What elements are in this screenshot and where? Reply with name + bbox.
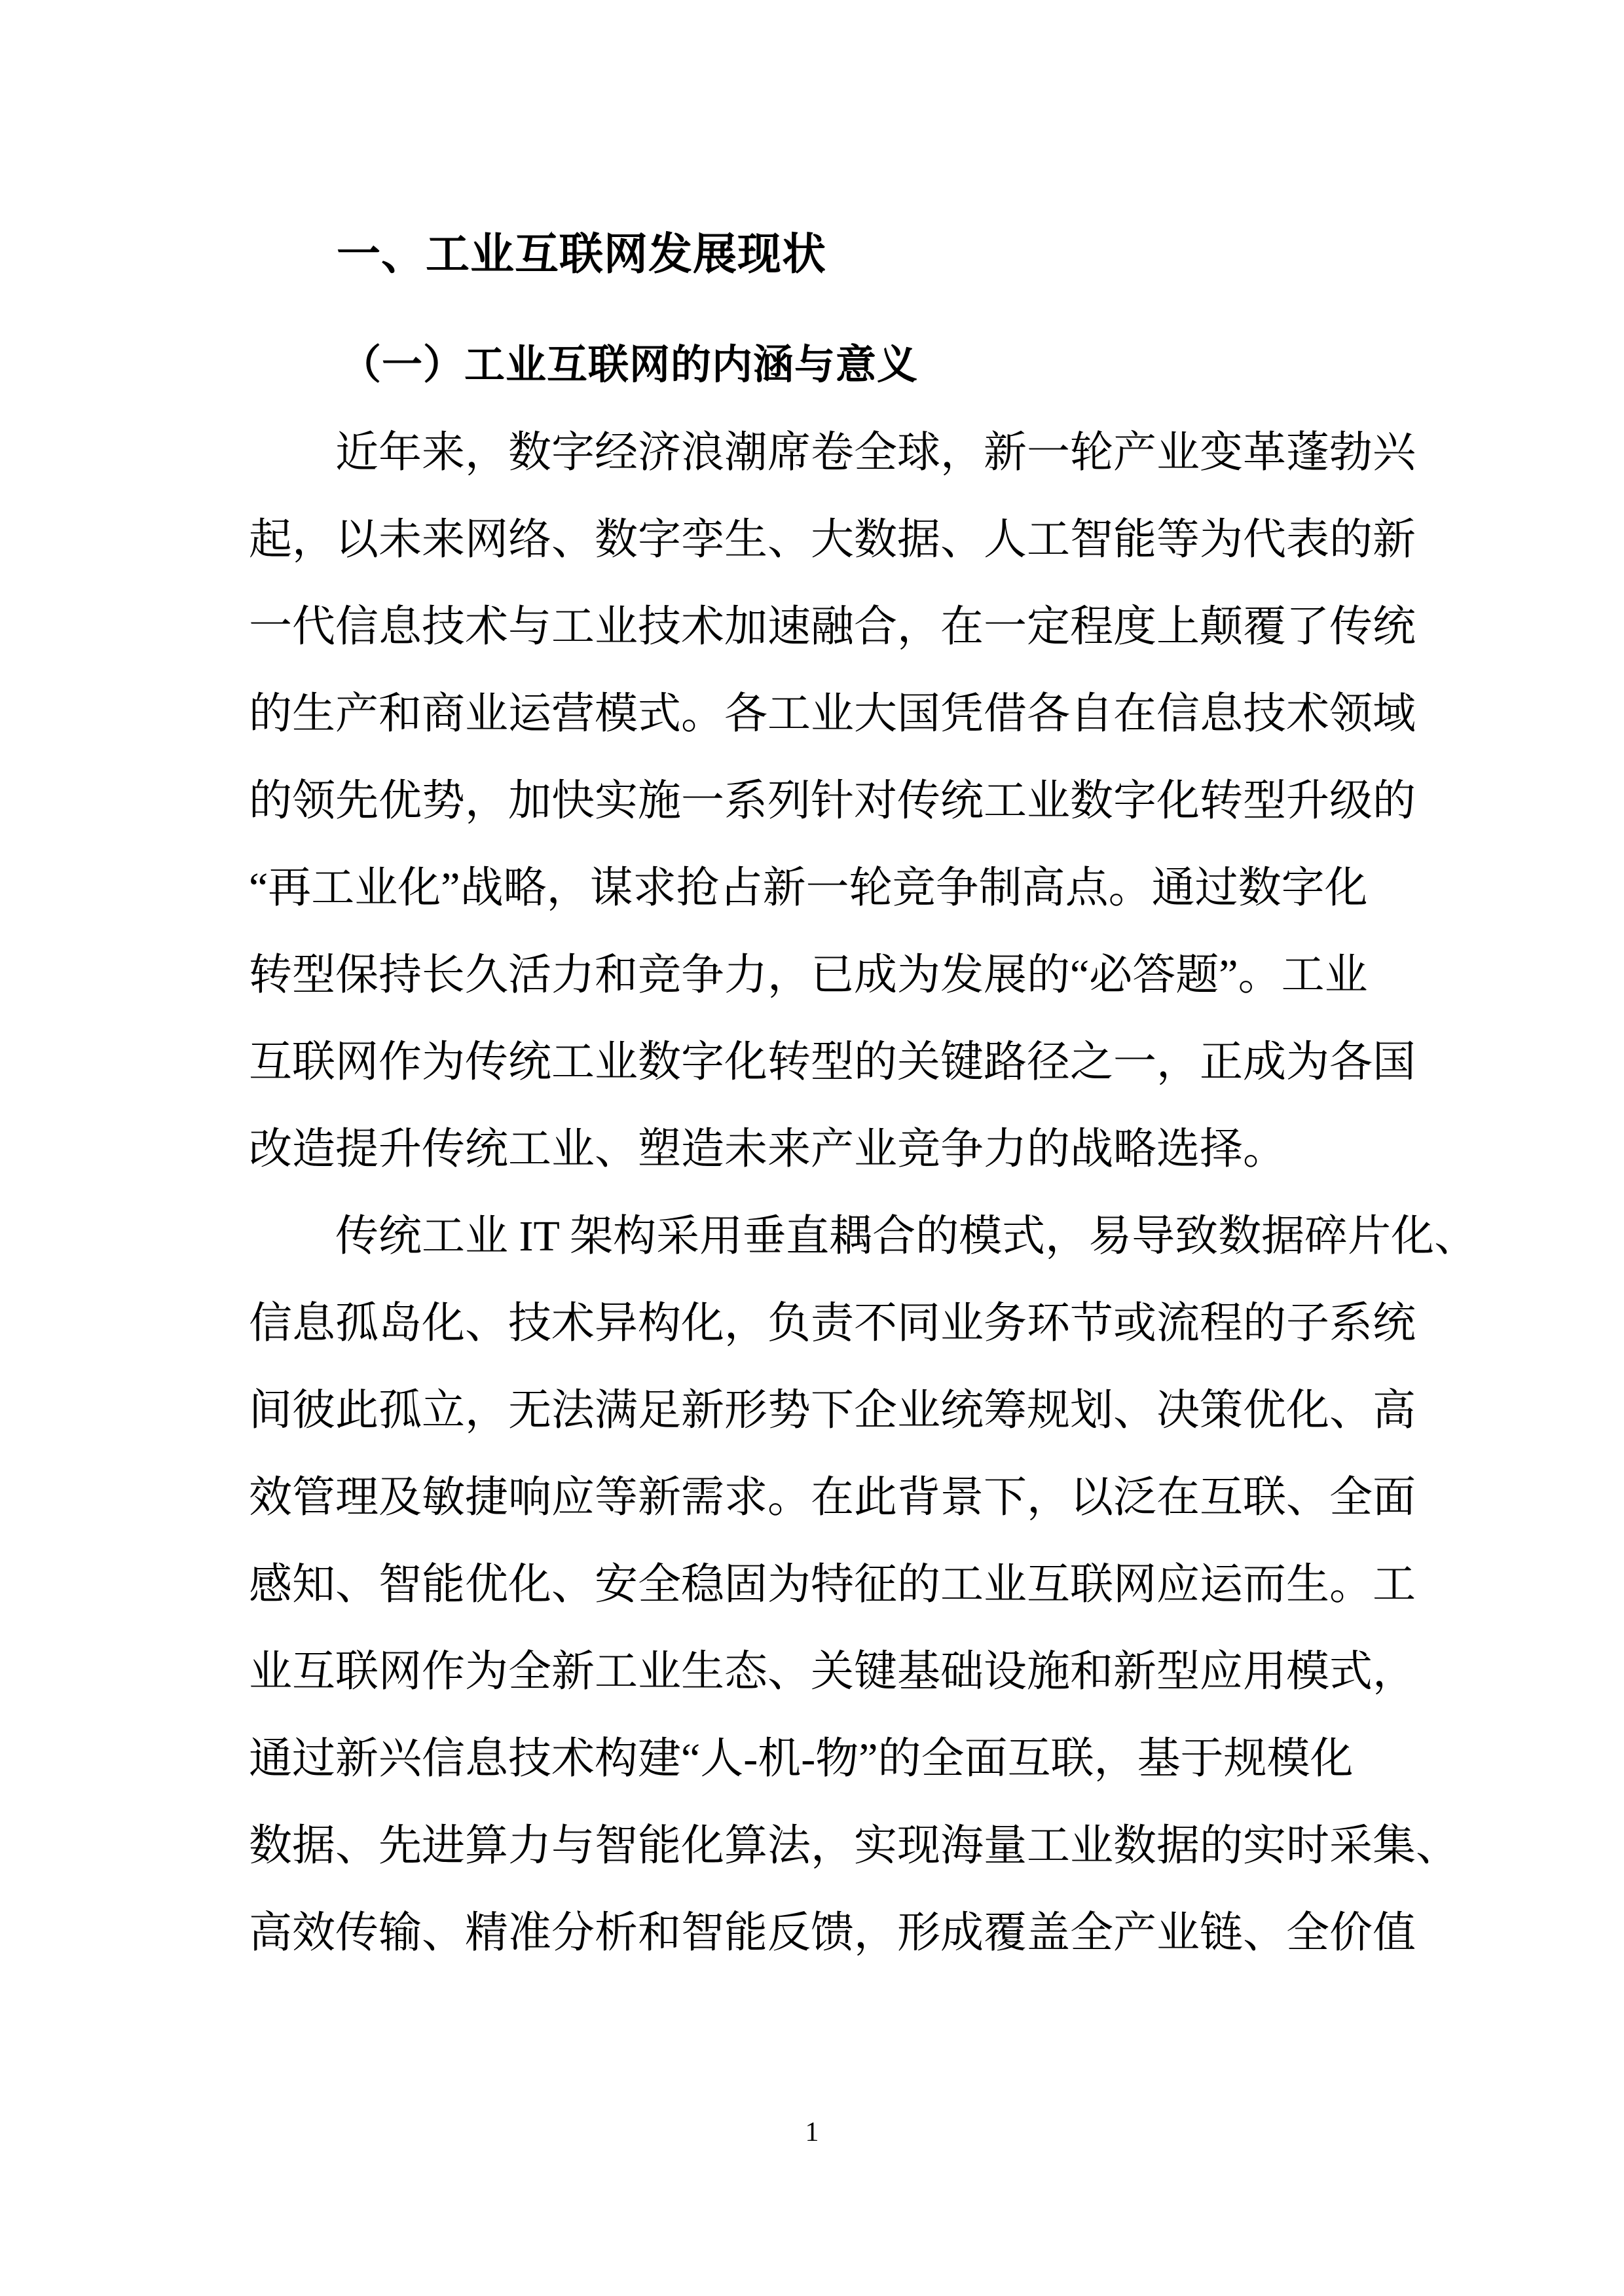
paragraph: 传统工业 IT 架构采用垂直耦合的模式，易导致数据碎片化、信息孤岛化、技术异构化…	[249, 1193, 1375, 1977]
paragraph: 近年来，数字经济浪潮席卷全球，新一轮产业变革蓬勃兴起，以未来网络、数字孪生、大数…	[249, 409, 1375, 1193]
paragraph-line: 近年来，数字经济浪潮席卷全球，新一轮产业变革蓬勃兴	[249, 409, 1375, 496]
paragraph-line: 改造提升传统工业、塑造未来产业竞争力的战略选择。	[249, 1106, 1375, 1193]
paragraph-line: 互联网作为传统工业数字化转型的关键路径之一，正成为各国	[249, 1019, 1375, 1106]
paragraph-line: 业互联网作为全新工业生态、关键基础设施和新型应用模式，	[249, 1628, 1375, 1715]
subsection-heading: （一）工业互联网的内涵与意义	[249, 340, 1375, 390]
document-page: 一、工业互联网发展现状 （一）工业互联网的内涵与意义 近年来，数字经济浪潮席卷全…	[0, 0, 1624, 2296]
page-number: 1	[0, 2119, 1624, 2146]
document-body: 近年来，数字经济浪潮席卷全球，新一轮产业变革蓬勃兴起，以未来网络、数字孪生、大数…	[249, 409, 1375, 1977]
section-heading: 一、工业互联网发展现状	[249, 230, 1375, 279]
paragraph-line: 一代信息技术与工业技术加速融合，在一定程度上颠覆了传统	[249, 583, 1375, 670]
paragraph-line: “再工业化”战略，谋求抢占新一轮竞争制高点。通过数字化	[249, 845, 1375, 932]
paragraph-line: 效管理及敏捷响应等新需求。在此背景下，以泛在互联、全面	[249, 1454, 1375, 1541]
paragraph-line: 起，以未来网络、数字孪生、大数据、人工智能等为代表的新	[249, 496, 1375, 583]
paragraph-line: 感知、智能优化、安全稳固为特征的工业互联网应运而生。工	[249, 1541, 1375, 1628]
paragraph-line: 的领先优势，加快实施一系列针对传统工业数字化转型升级的	[249, 757, 1375, 845]
paragraph-line: 通过新兴信息技术构建“人-机-物”的全面互联，基于规模化	[249, 1715, 1375, 1802]
paragraph-line: 数据、先进算力与智能化算法，实现海量工业数据的实时采集、	[249, 1802, 1375, 1889]
paragraph-line: 传统工业 IT 架构采用垂直耦合的模式，易导致数据碎片化、	[249, 1193, 1375, 1280]
paragraph-line: 转型保持长久活力和竞争力，已成为发展的“必答题”。工业	[249, 932, 1375, 1019]
paragraph-line: 间彼此孤立，无法满足新形势下企业统筹规划、决策优化、高	[249, 1367, 1375, 1454]
paragraph-line: 高效传输、精准分析和智能反馈，形成覆盖全产业链、全价值	[249, 1889, 1375, 1977]
paragraph-line: 的生产和商业运营模式。各工业大国凭借各自在信息技术领域	[249, 670, 1375, 757]
paragraph-line: 信息孤岛化、技术异构化，负责不同业务环节或流程的子系统	[249, 1280, 1375, 1367]
